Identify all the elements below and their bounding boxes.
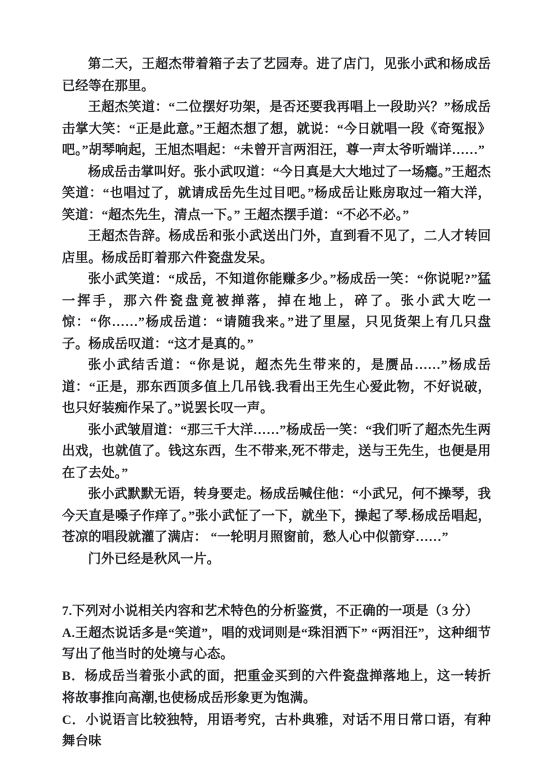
question-option-a: A.王超杰说话多是“笑道”，唱的戏词则是“珠泪洒下” “两泪汪”，这种细节写出了…	[62, 622, 491, 665]
question-stem: 7.下列对小说相关内容和艺术特色的分析鉴赏，不正确的一项是（3 分）	[62, 600, 491, 622]
passage-paragraph: 张小武默默无语，转身要走。杨成岳喊住他：“小武兄，何不操琴，我今天直是嗓子作痒了…	[62, 483, 491, 548]
exam-page: 第二天，王超杰带着箱子去了艺园寿。进了店门，见张小武和杨成岳已经等在那里。 王超…	[0, 0, 550, 771]
question-option-c: C．小说语言比较独特，用语考究，古朴典雅，对话不用日常口语，有种舞台味	[62, 709, 491, 752]
passage-paragraph: 第二天，王超杰带着箱子去了艺园寿。进了店门，见张小武和杨成岳已经等在那里。	[62, 53, 491, 96]
passage-paragraph: 门外已经是秋风一片。	[62, 548, 491, 570]
passage-paragraph: 张小武结舌道：“你是说，超杰先生带来的，是赝品……”杨成岳道：“正是，那东西顶多…	[62, 354, 491, 419]
question-block: 7.下列对小说相关内容和艺术特色的分析鉴赏，不正确的一项是（3 分） A.王超杰…	[62, 600, 491, 752]
passage-paragraph: 王超杰告辞。杨成岳和张小武送出门外，直到看不见了，二人才转回店里。杨成岳盯着那六…	[62, 225, 491, 268]
passage-paragraph: 杨成岳击掌叫好。张小武叹道：“今日真是大大地过了一场瘾。”王超杰笑道：“也唱过了…	[62, 161, 491, 226]
passage-paragraph: 张小武笑道：“成岳，不知道你能赚多少。”杨成岳一笑：“你说呢?”猛一挥手，那六件…	[62, 268, 491, 354]
passage-paragraph: 王超杰笑道：“二位摆好功架，是否还要我再唱上一段助兴？”杨成岳击掌大笑：“正是此…	[62, 96, 491, 161]
reading-passage: 第二天，王超杰带着箱子去了艺园寿。进了店门，见张小武和杨成岳已经等在那里。 王超…	[62, 53, 491, 569]
question-option-b: B．杨成岳当着张小武的面，把重金买到的六件瓷盘掸落地上，这一转折将故事推向高潮,…	[62, 665, 491, 708]
passage-paragraph: 张小武皱眉道：“那三千大洋……”杨成岳一笑：“我们听了超杰先生两出戏，也就值了。…	[62, 419, 491, 484]
